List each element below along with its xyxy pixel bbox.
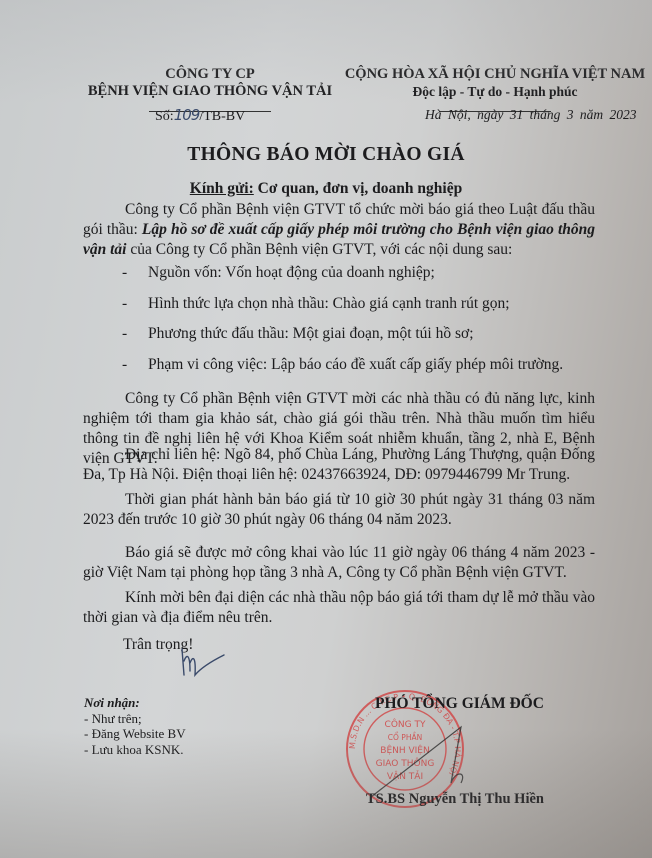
bullet-item: -Phương thức đấu thầu: Một giai đoạn, mộ… — [122, 325, 474, 343]
svg-text:CỔ PHẦN: CỔ PHẦN — [388, 732, 422, 742]
bullet-item: -Nguồn vốn: Vốn hoạt động của doanh nghi… — [122, 264, 435, 282]
nation-motto: Độc lập - Tự do - Hạnh phúc — [338, 83, 652, 100]
org-line2: BỆNH VIỆN GIAO THÔNG VẬN TẢI — [80, 83, 340, 100]
bullet-dash: - — [122, 356, 148, 374]
number-label: Số: — [155, 109, 174, 124]
bullet-selection-form: Hình thức lựa chọn nhà thầu: Chào giá cạ… — [148, 295, 510, 312]
initials-signature-icon — [178, 645, 228, 685]
address-paragraph: Địa chỉ liên hệ: Ngõ 84, phố Chùa Láng, … — [83, 445, 595, 485]
svg-text:GIAO THÔNG: GIAO THÔNG — [376, 757, 435, 769]
document-number: Số:109/TB-BV — [155, 106, 245, 125]
bullet-funding: Nguồn vốn: Vốn hoạt động của doanh nghiệ… — [148, 264, 435, 281]
recipients-block: Nơi nhận: - Như trên; - Đăng Website BV … — [84, 695, 186, 757]
signatory-name: TS.BS Nguyễn Thị Thu Hiền — [366, 791, 544, 808]
org-line1: CÔNG TY CP — [80, 66, 340, 83]
number-suffix: /TB-BV — [199, 109, 245, 124]
date-line: Hà Nội, ngày 31 tháng 3 năm 2023 — [425, 107, 637, 123]
addressee-label: Kính gửi: — [190, 180, 254, 197]
bullet-bidding-method: Phương thức đấu thầu: Một giai đoạn, một… — [148, 325, 474, 342]
bullet-dash: - — [122, 295, 148, 313]
recipient-item: - Như trên; — [84, 711, 186, 727]
handwritten-number: 109 — [174, 106, 200, 124]
document-title: THÔNG BÁO MỜI CHÀO GIÁ — [0, 144, 652, 166]
intro-text-after: của Công ty Cổ phần Bệnh viện GTVT, với … — [127, 241, 513, 258]
bullet-dash: - — [122, 325, 148, 343]
svg-text:BỆNH VIỆN: BỆNH VIỆN — [380, 744, 429, 756]
addressee-value: Cơ quan, đơn vị, doanh nghiệp — [254, 180, 462, 197]
intro-paragraph: Công ty Cổ phần Bệnh viện GTVT tổ chức m… — [83, 200, 595, 260]
svg-text:CÔNG TY: CÔNG TY — [385, 718, 426, 730]
bullet-item: -Hình thức lựa chọn nhà thầu: Chào giá c… — [122, 295, 510, 313]
bullet-scope: Phạm vi công việc: Lập báo cáo đề xuất c… — [148, 356, 563, 373]
document-page: CÔNG TY CP BỆNH VIỆN GIAO THÔNG VẬN TẢI … — [0, 0, 652, 858]
bullet-dash: - — [122, 264, 148, 282]
nation-line1: CỘNG HÒA XÃ HỘI CHỦ NGHĨA VIỆT NAM — [338, 66, 652, 83]
issue-time-paragraph: Thời gian phát hành bản báo giá từ 10 gi… — [83, 490, 595, 530]
attend-paragraph: Kính mời bên đại diện các nhà thầu nộp b… — [83, 588, 595, 628]
recipient-item: - Đăng Website BV — [84, 726, 186, 742]
bullet-item: -Phạm vi công việc: Lập báo cáo đề xuất … — [122, 356, 563, 374]
opening-paragraph: Báo giá sẽ được mở công khai vào lúc 11 … — [83, 543, 595, 583]
signatory-role: PHÓ TỔNG GIÁM ĐỐC — [375, 695, 544, 713]
recipients-heading: Nơi nhận: — [84, 695, 186, 711]
recipient-item: - Lưu khoa KSNK. — [84, 742, 186, 758]
addressee-line: Kính gửi: Cơ quan, đơn vị, doanh nghiệp — [0, 180, 652, 198]
